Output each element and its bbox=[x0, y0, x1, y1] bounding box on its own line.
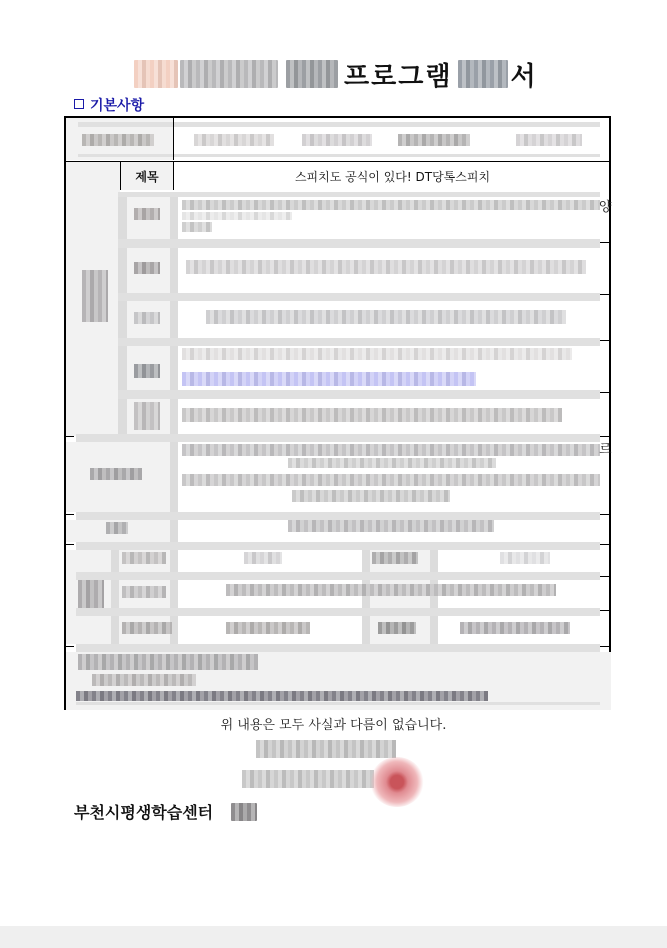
divider bbox=[600, 392, 611, 393]
divider bbox=[173, 118, 174, 160]
redacted-text bbox=[182, 222, 212, 232]
divider bbox=[66, 514, 74, 515]
title-suffix: 서 bbox=[510, 56, 537, 93]
organization-name: 부천시평생학습센터 bbox=[74, 800, 257, 823]
redaction-band bbox=[118, 338, 600, 346]
redacted-date bbox=[256, 740, 396, 758]
redacted-applicant-name bbox=[242, 770, 374, 788]
redacted-group-label bbox=[78, 578, 104, 608]
redaction-band bbox=[362, 550, 370, 644]
redacted-group-label bbox=[82, 270, 108, 322]
divider bbox=[600, 340, 611, 341]
redacted-text bbox=[134, 208, 160, 220]
redacted-text bbox=[92, 674, 196, 686]
redacted-text bbox=[186, 260, 586, 274]
redaction-band bbox=[78, 122, 600, 127]
redaction-band bbox=[118, 239, 600, 248]
redacted-text bbox=[206, 310, 566, 324]
redacted-text bbox=[90, 468, 142, 480]
checkbox-square-icon bbox=[74, 99, 84, 109]
clipped-text: 르 bbox=[599, 438, 612, 457]
divider bbox=[600, 544, 611, 545]
redacted-text bbox=[378, 622, 416, 634]
redacted-text bbox=[288, 520, 494, 532]
redacted-text bbox=[182, 348, 572, 360]
redaction-band bbox=[170, 442, 178, 512]
redacted-text bbox=[372, 552, 418, 564]
divider bbox=[66, 544, 74, 545]
redaction-band bbox=[76, 434, 600, 442]
redacted-text bbox=[194, 134, 274, 146]
redaction-band bbox=[111, 550, 119, 644]
section-heading: 기본사항 bbox=[74, 95, 144, 115]
redacted-text bbox=[182, 408, 562, 422]
redacted-link[interactable] bbox=[182, 372, 476, 386]
document-title: 프로그램 서 bbox=[134, 56, 544, 92]
redaction-band bbox=[170, 192, 178, 436]
divider bbox=[600, 576, 611, 577]
redacted-text bbox=[516, 134, 582, 146]
redacted-text bbox=[134, 402, 160, 430]
redacted-title-part bbox=[134, 60, 178, 88]
divider bbox=[600, 646, 611, 647]
redacted-text bbox=[288, 458, 496, 468]
redacted-text bbox=[302, 134, 372, 146]
redacted-text bbox=[244, 552, 282, 564]
redacted-text bbox=[134, 262, 160, 274]
redaction-band bbox=[118, 192, 127, 436]
redacted-text bbox=[398, 134, 470, 146]
redacted-text bbox=[226, 584, 556, 596]
redaction-band bbox=[118, 390, 600, 399]
section-heading-text: 기본사항 bbox=[90, 98, 144, 114]
redacted-text bbox=[292, 490, 450, 502]
redacted-text bbox=[122, 586, 166, 598]
redaction-band bbox=[76, 572, 600, 580]
redacted-text bbox=[122, 622, 172, 634]
redacted-title-part bbox=[180, 60, 278, 88]
redaction-band bbox=[76, 542, 600, 550]
seal-stamp-icon bbox=[370, 757, 424, 807]
redacted-text bbox=[76, 691, 488, 701]
divider bbox=[600, 436, 611, 437]
redaction-band bbox=[118, 293, 600, 301]
redacted-text bbox=[134, 364, 160, 378]
redacted-text bbox=[134, 312, 160, 324]
redacted-title-part bbox=[458, 60, 508, 88]
redaction-band bbox=[430, 550, 438, 644]
basic-info-table: 제목 스피치도 공식이 있다! DT당톡스피치 양 르 bbox=[64, 116, 611, 710]
redacted-text bbox=[182, 212, 292, 220]
redacted-text bbox=[78, 654, 258, 670]
redacted-text bbox=[226, 622, 310, 634]
divider bbox=[66, 646, 74, 647]
title-text: 프로그램 bbox=[344, 56, 452, 93]
redaction-band bbox=[76, 702, 600, 705]
redaction-band bbox=[118, 192, 600, 197]
redacted-text bbox=[122, 552, 166, 564]
page-bottom-bar bbox=[0, 926, 667, 948]
redacted-text bbox=[182, 474, 600, 486]
redacted-text bbox=[106, 522, 128, 534]
declaration-statement: 위 내용은 모두 사실과 다름이 없습니다. bbox=[0, 714, 667, 733]
redaction-band bbox=[76, 608, 600, 616]
organization-text: 부천시평생학습센터 bbox=[74, 803, 213, 822]
divider bbox=[66, 436, 74, 437]
redacted-text bbox=[182, 200, 600, 210]
redacted-suffix bbox=[231, 803, 257, 821]
redacted-title-part bbox=[286, 60, 338, 88]
redacted-text bbox=[500, 552, 550, 564]
redaction-band bbox=[76, 512, 600, 520]
redaction-band bbox=[76, 644, 600, 652]
clipped-text: 양 bbox=[599, 196, 612, 215]
subject-label: 제목 bbox=[121, 168, 173, 185]
divider bbox=[600, 514, 611, 515]
redacted-text bbox=[182, 444, 600, 456]
redacted-text bbox=[82, 134, 154, 146]
divider bbox=[600, 242, 611, 243]
redacted-text bbox=[460, 622, 570, 634]
divider bbox=[600, 294, 611, 295]
redaction-band bbox=[170, 520, 178, 542]
divider bbox=[600, 610, 611, 611]
redaction-band bbox=[78, 154, 600, 157]
subject-value: 스피치도 공식이 있다! DT당톡스피치 bbox=[174, 168, 611, 185]
